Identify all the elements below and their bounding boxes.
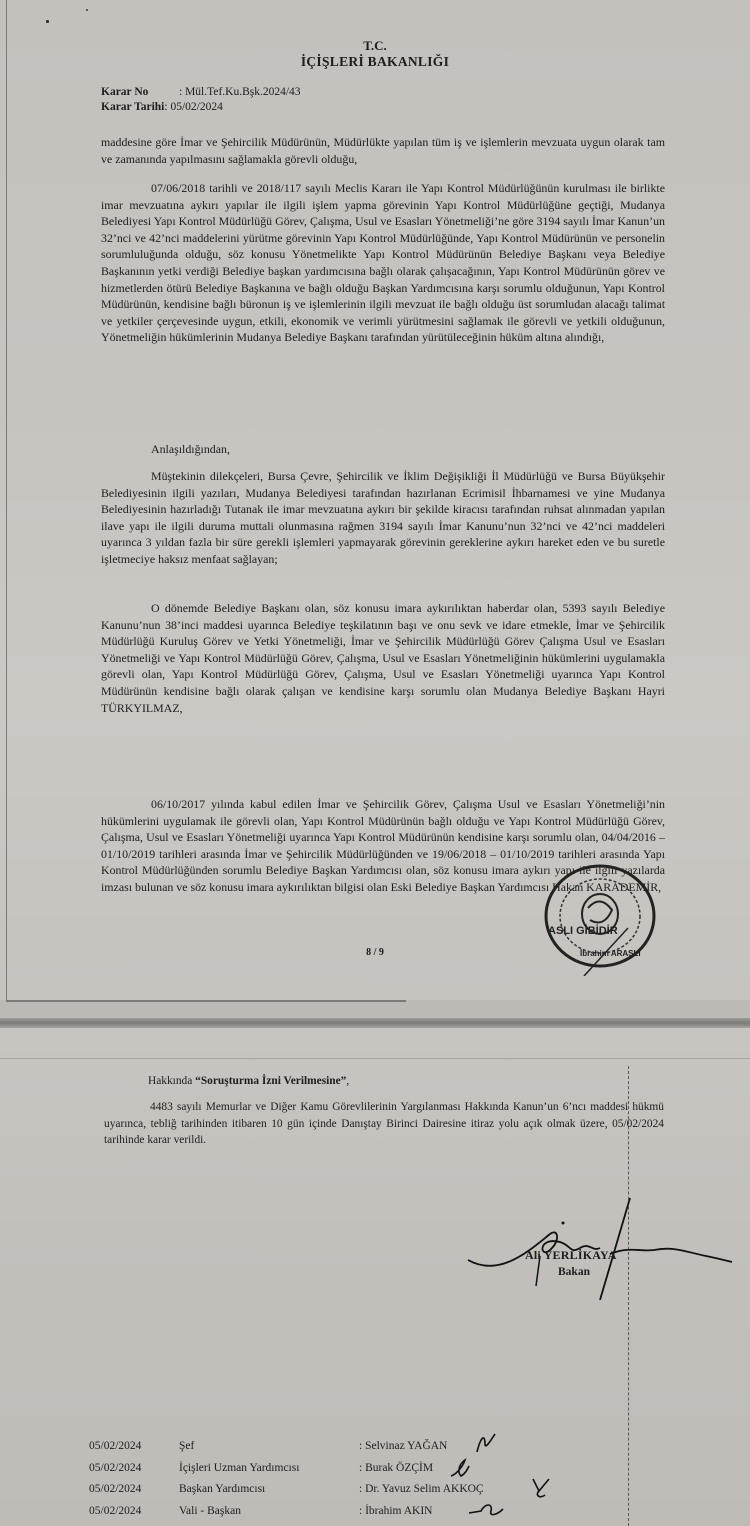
official-stamp-icon: ASLI GİBİDİR İbrahim ARASLI (528, 858, 658, 976)
signer-name: Ali YERLİKAYA (525, 1248, 617, 1263)
approval-name: : Selvinaz YAĞAN (359, 1440, 447, 1452)
signature-icon (440, 1190, 740, 1300)
decision-text: 4483 sayılı Memurlar ve Diğer Kamu Görev… (104, 1099, 664, 1149)
paragraph-belediye-baskani: O dönemde Belediye Başkanı olan, söz kon… (101, 600, 665, 716)
paragraph-mustekinin: Müştekinin dilekçeleri, Bursa Çevre, Şeh… (101, 468, 665, 568)
approval-role: İçişleri Uzman Yardımcısı (179, 1462, 299, 1474)
approval-date: 05/02/2024 (89, 1505, 141, 1517)
paragraph-continuation: maddesine göre İmar ve Şehircilik Müdürü… (101, 134, 665, 167)
page-edge (6, 0, 7, 1000)
header-state: T.C. (0, 38, 750, 54)
initials-icon (467, 1501, 507, 1521)
divider (6, 1000, 406, 1002)
initials-icon (447, 1456, 471, 1480)
paragraph-anlasildigindan: Anlaşıldığından, (101, 441, 665, 458)
decision-heading: Hakkında “Soruşturma İzni Verilmesine”, (148, 1073, 708, 1090)
paragraph-meclis-karari: 07/06/2018 tarihli ve 2018/117 sayılı Me… (101, 180, 665, 346)
initials-icon (473, 1430, 497, 1456)
scan-speck (86, 9, 88, 11)
approval-role: Vali - Başkan (179, 1505, 241, 1517)
decision-number-value: : Mül.Tef.Ku.Bşk.2024/43 (179, 86, 301, 98)
decision-number-label: Karar No (101, 86, 179, 98)
approval-date: 05/02/2024 (89, 1462, 141, 1474)
page-separator (0, 1018, 750, 1028)
approval-role: Şef (179, 1440, 194, 1452)
signer-title: Bakan (558, 1266, 590, 1278)
decision-date-label: Karar Tarihi (101, 101, 164, 113)
decision-date: Karar Tarihi: 05/02/2024 (101, 101, 223, 113)
decision-type: “Soruşturma İzni Verilmesine” (195, 1075, 346, 1087)
approval-name: : Dr. Yavuz Selim AKKOÇ (359, 1483, 484, 1495)
initials-icon (529, 1473, 553, 1501)
svg-text:İbrahim ARASLI: İbrahim ARASLI (580, 949, 641, 958)
scan-speck (46, 20, 49, 23)
header-ministry: İÇİŞLERİ BAKANLIĞI (0, 54, 750, 70)
approval-date: 05/02/2024 (89, 1440, 141, 1452)
approval-role: Başkan Yardımcısı (179, 1483, 265, 1495)
approval-name: : İbrahim AKIN (359, 1505, 432, 1517)
svg-text:ASLI GİBİDİR: ASLI GİBİDİR (548, 924, 618, 937)
decision-number: Karar No: Mül.Tef.Ku.Bşk.2024/43 (101, 86, 301, 98)
decision-date-value: : 05/02/2024 (164, 101, 222, 113)
approval-name: : Burak ÖZÇİM (359, 1462, 433, 1474)
divider (0, 1058, 750, 1059)
approval-date: 05/02/2024 (89, 1483, 141, 1495)
